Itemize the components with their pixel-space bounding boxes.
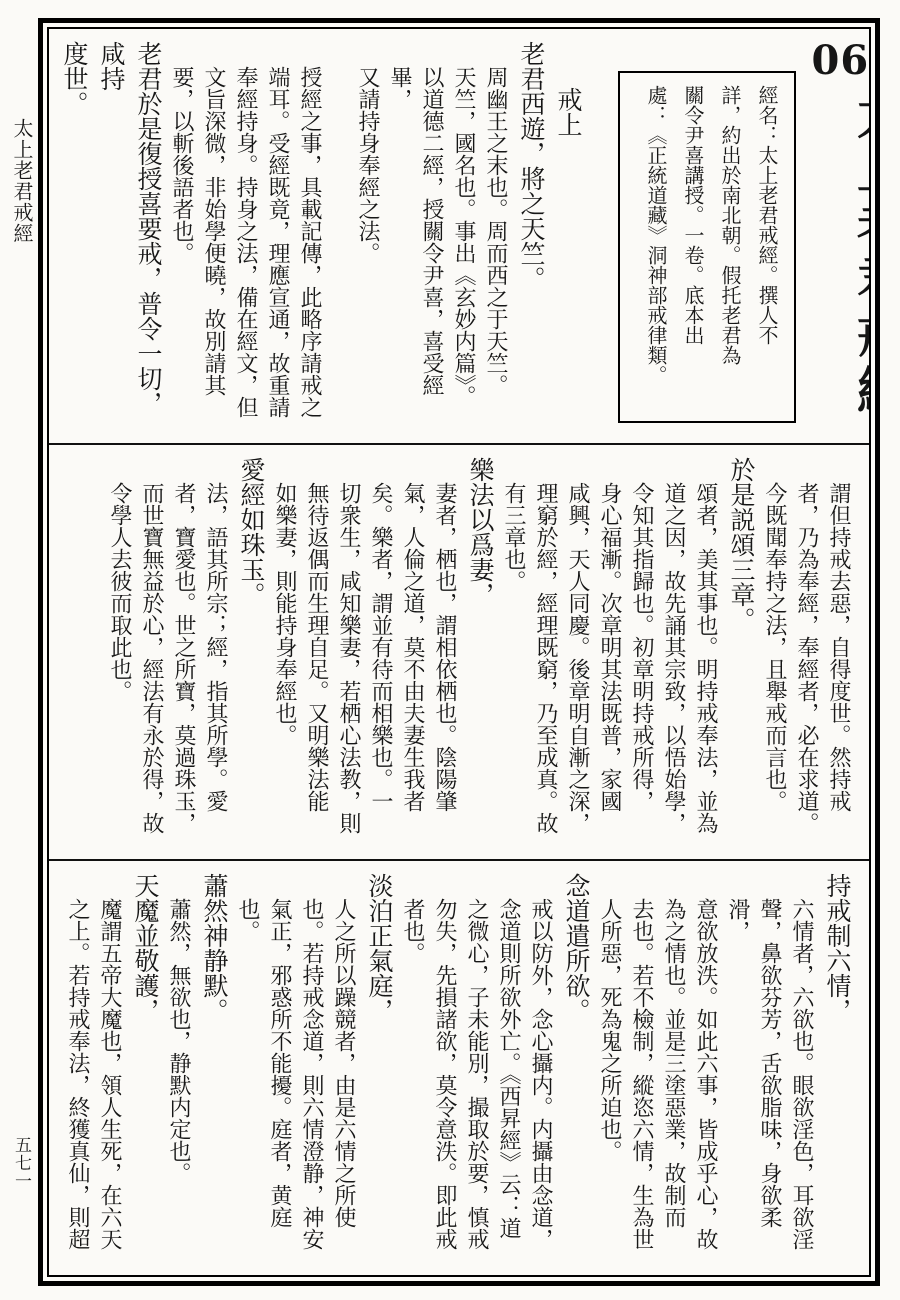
colophon-column: 詳，約出於南北朝。假托老君為 (710, 85, 747, 409)
commentary-column: 身心福漸。次章明其法既普，家國 (594, 457, 626, 851)
colophon-column: 經名：太上老君戒經。撰人不 (747, 85, 784, 409)
commentary-column: 授經之事，具載記傳，此略序請戒之 (294, 41, 326, 435)
middle-text-columns: 謂但持戒去惡，自得度世。然持戒者，乃為奉經，奉經者，必在求道。今既聞奉持之法，且… (49, 445, 869, 859)
scripture-text-column: 於是説頌三章。 (722, 457, 759, 851)
commentary-column: 奉經持身。持身之法，備在經文，但 (230, 41, 262, 435)
section-middle: 謂但持戒去惡，自得度世。然持戒者，乃為奉經，奉經者，必在求道。今既聞奉持之法，且… (49, 443, 869, 859)
commentary-column: 文旨深微，非始學便曉，故別請其 (198, 41, 230, 435)
commentary-column: 咸興，天人同慶。後章明自漸之深， (562, 457, 594, 851)
scripture-text-column: 念道遣所欲。 (557, 873, 594, 1267)
commentary-column: 理窮於經，經理既窮，乃至成真。故 (530, 457, 562, 851)
colophon-box: 經名：太上老君戒經。撰人不詳，約出於南北朝。假托老君為關令尹喜講授。一卷。底本出… (618, 71, 796, 423)
commentary-column: 令學人去彼而取此也。 (104, 457, 136, 851)
commentary-column: 端耳。受經既竟，理應宣通，故重請 (262, 41, 294, 435)
scripture-text-column: 樂法以爲妻， (461, 457, 498, 851)
commentary-column: 要，以斬後語者也。 (166, 41, 198, 435)
preface-text-columns: 戒上老君西遊，將之天竺。周幽王之末也。周而西之于天竺。天竺，國名也。事出《玄妙内… (49, 29, 596, 443)
document-number: 061 (812, 37, 870, 84)
scripture-text-column: 淡泊正氣庭， (360, 873, 397, 1267)
commentary-column: 而世寶無益於心，經法有永於得，故 (136, 457, 168, 851)
commentary-column: 為之情也。並是三塗惡業，故制而 (658, 873, 690, 1267)
commentary-column: 法，語其所宗；經，指其所學。愛 (200, 457, 232, 851)
colophon-column: 關令尹喜講授。一卷。底本出 (673, 85, 710, 409)
commentary-column: 矣。樂者，謂並有待而相樂也。一 (365, 457, 397, 851)
spine-title: 太上老君戒經 (8, 118, 34, 244)
folio-page-number: 五七一 (10, 1136, 32, 1190)
commentary-column: 妻者，栖也，謂相依栖也。陰陽肇 (429, 457, 461, 851)
commentary-column: 聲，鼻欲芬芳，舌欲脂味，身欲柔滑， (722, 873, 786, 1267)
scripture-text-column: 愛經如珠玉。 (232, 457, 269, 851)
commentary-column: 者也。 (397, 873, 429, 1267)
commentary-column: 也。 (232, 873, 264, 1267)
commentary-column: 魔謂五帝大魔也，領人生死，在六天 (94, 873, 126, 1267)
colophon-column: 處：《正統道藏》洞神部戒律類。 (636, 85, 673, 409)
commentary-column: 周幽王之末也。周而西之于天竺。 (480, 41, 512, 435)
commentary-column: 人所惡，死為鬼之所迫也。 (594, 873, 626, 1267)
commentary-column: 以道德二經，授關令尹喜，喜受經畢， (384, 41, 448, 435)
scripture-text-column: 天魔並敬護， (126, 873, 163, 1267)
commentary-column: 又請持身奉經之法。 (352, 41, 384, 435)
commentary-column: 六情者，六欲也。眼欲淫色，耳欲淫 (786, 873, 818, 1267)
commentary-column: 切衆生，咸知樂妻，若栖心法教，則 (333, 457, 365, 851)
commentary-column: 者，乃為奉經，奉經者，必在求道。 (791, 457, 823, 851)
scripture-text-column: 度世。 (55, 41, 92, 435)
commentary-column: 令知其指歸也。初章明持戒所得， (626, 457, 658, 851)
commentary-column: 有三章也。 (498, 457, 530, 851)
scripture-text-column: 老君西遊，將之天竺。 (512, 41, 549, 435)
commentary-column: 人之所以躁競者，由是六情之所使 (328, 873, 360, 1267)
commentary-column: 如樂妻，則能持身奉經也。 (269, 457, 301, 851)
commentary-column: 氣，人倫之道，莫不由夫妻生我者 (397, 457, 429, 851)
commentary-column: 謂但持戒去惡，自得度世。然持戒 (823, 457, 855, 851)
commentary-column: 天竺，國名也。事出《玄妙内篇》。 (448, 41, 480, 435)
commentary-column: 道之因，故先誦其宗致，以悟始學， (658, 457, 690, 851)
title-block: 061 太上老君戒經 經名：太上老君戒經。撰人不詳，約出於南北朝。假托老君為關令… (596, 29, 869, 443)
commentary-column: 勿失，先損諸欲，莫令意泆。即此戒 (429, 873, 461, 1267)
commentary-column: 意欲放泆。如此六事，皆成乎心，故 (690, 873, 722, 1267)
section-bottom: 持戒制六情，六情者，六欲也。眼欲淫色，耳欲淫聲，鼻欲芬芳，舌欲脂味，身欲柔滑，意… (49, 859, 869, 1275)
commentary-column: 去也。若不檢制，縱恣六情，生為世 (626, 873, 658, 1267)
commentary-column: 頌者，美其事也。明持戒奉法，並為 (690, 457, 722, 851)
commentary-column: 念道則所欲外亡。《西昇經》云：道 (493, 873, 525, 1267)
scripture-text-column: 持戒制六情， (818, 873, 855, 1267)
scripture-text-column: 蕭然神静默。 (195, 873, 232, 1267)
commentary-column: 者，寶愛也。世之所寶，莫過珠玉， (168, 457, 200, 851)
bottom-text-columns: 持戒制六情，六情者，六欲也。眼欲淫色，耳欲淫聲，鼻欲芬芳，舌欲脂味，身欲柔滑，意… (49, 861, 869, 1275)
scripture-title: 太上老君戒經 (846, 89, 869, 419)
commentary-column: 氣正，邪惑所不能擾。庭者，黄庭 (264, 873, 296, 1267)
commentary-column: 蕭然，無欲也，静默内定也。 (163, 873, 195, 1267)
inner-frame: 戒上老君西遊，將之天竺。周幽王之末也。周而西之于天竺。天竺，國名也。事出《玄妙内… (47, 27, 871, 1277)
scripture-text-column: 老君於是復授喜要戒，普令一切，咸持 (92, 41, 166, 435)
commentary-column: 今既聞奉持之法，且舉戒而言也。 (759, 457, 791, 851)
section-heading: 戒上 (549, 41, 586, 435)
commentary-column: 無待返偶而生理自足。又明樂法能 (301, 457, 333, 851)
commentary-column: 之上。若持戒奉法，終獲真仙，則超 (62, 873, 94, 1267)
commentary-column: 戒以防外，念心攝内。内攝由念道， (525, 873, 557, 1267)
page-frame: 戒上老君西遊，將之天竺。周幽王之末也。周而西之于天竺。天竺，國名也。事出《玄妙内… (38, 18, 880, 1286)
commentary-column: 也。若持戒念道，則六情澄静，神安 (296, 873, 328, 1267)
section-preface: 戒上老君西遊，將之天竺。周幽王之末也。周而西之于天竺。天竺，國名也。事出《玄妙内… (49, 29, 869, 443)
colophon-columns: 經名：太上老君戒經。撰人不詳，約出於南北朝。假托老君為關令尹喜講授。一卷。底本出… (620, 73, 794, 421)
commentary-column: 之微心，子未能別，撮取於要，慎戒 (461, 873, 493, 1267)
